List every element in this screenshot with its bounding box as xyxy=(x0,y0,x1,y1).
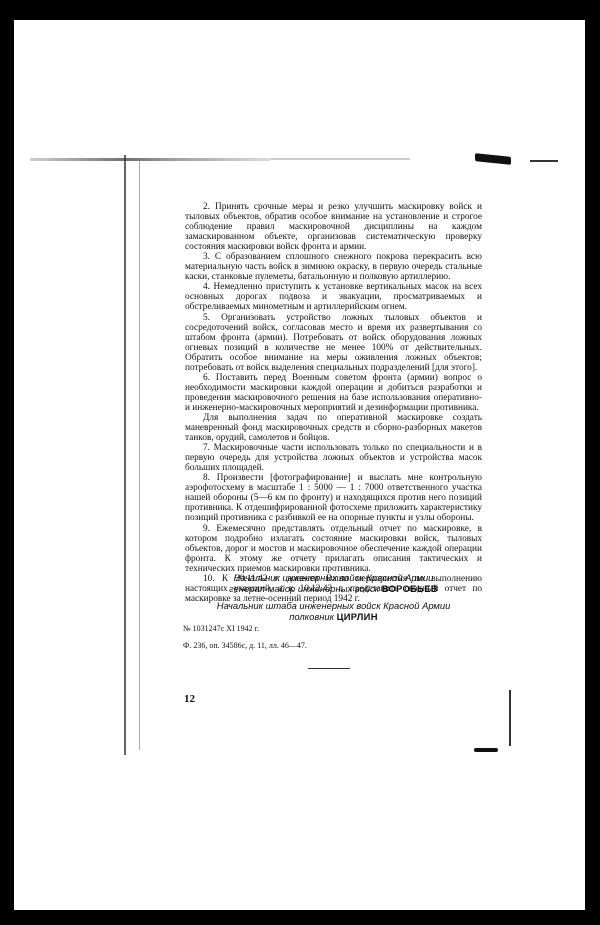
signature-block-chief: Начальник инженерных войск Красной Армии… xyxy=(185,573,482,594)
signature-rank-line: генерал-майор инженерных войск ВОРОБЬЕВ xyxy=(185,584,482,595)
paragraph-2: 2. Принять срочные меры и резко улучшить… xyxy=(185,202,482,252)
signature-rank: генерал-майор инженерных войск xyxy=(229,583,379,594)
paragraph-6: 6. Поставить перед Военным советом фронт… xyxy=(185,373,482,413)
signature-rank: полковник xyxy=(289,611,334,622)
paragraph-4: 4. Немедленно приступить к установке вер… xyxy=(185,282,482,312)
scan-artifact-left-edge xyxy=(124,155,126,755)
scan-artifact-right-edge xyxy=(509,690,511,746)
scan-artifact-top xyxy=(30,158,270,161)
divider-rule xyxy=(308,668,350,669)
paragraph-9: 9. Ежемесячно представлять отдельный отч… xyxy=(185,524,482,574)
paragraph-3: 3. С образованием сплошного снежного пок… xyxy=(185,252,482,282)
signature-name: ВОРОБЬЕВ xyxy=(382,583,438,594)
archive-reference: Ф. 236, оп. 34586с, д. 11, лл. 46—47. xyxy=(183,641,307,650)
scan-artifact-top-faint xyxy=(270,158,410,160)
paragraph-8: 8. Произвести [фотографирование] и высла… xyxy=(185,473,482,523)
paragraph-7: 7. Маскировочные части использовать толь… xyxy=(185,443,482,473)
document-body: 2. Принять срочные меры и резко улучшить… xyxy=(185,202,482,604)
page-number: 12 xyxy=(184,693,195,705)
signature-rank-line: полковник ЦИРЛИН xyxy=(185,612,482,623)
paragraph-6-continued: Для выполнения задач по оперативной маск… xyxy=(185,413,482,443)
scan-artifact-blot-bottom-right xyxy=(474,748,498,752)
scan-artifact-line-top-right xyxy=(530,160,558,162)
scan-artifact-left-edge-faint xyxy=(139,160,140,750)
paragraph-5: 5. Организовать устройство ложных тыловы… xyxy=(185,313,482,373)
signature-name: ЦИРЛИН xyxy=(337,611,378,622)
signature-block-chief-of-staff: Начальник штаба инженерных войск Красной… xyxy=(185,601,482,622)
document-number: № 1031247с XI 1942 г. xyxy=(183,624,259,633)
